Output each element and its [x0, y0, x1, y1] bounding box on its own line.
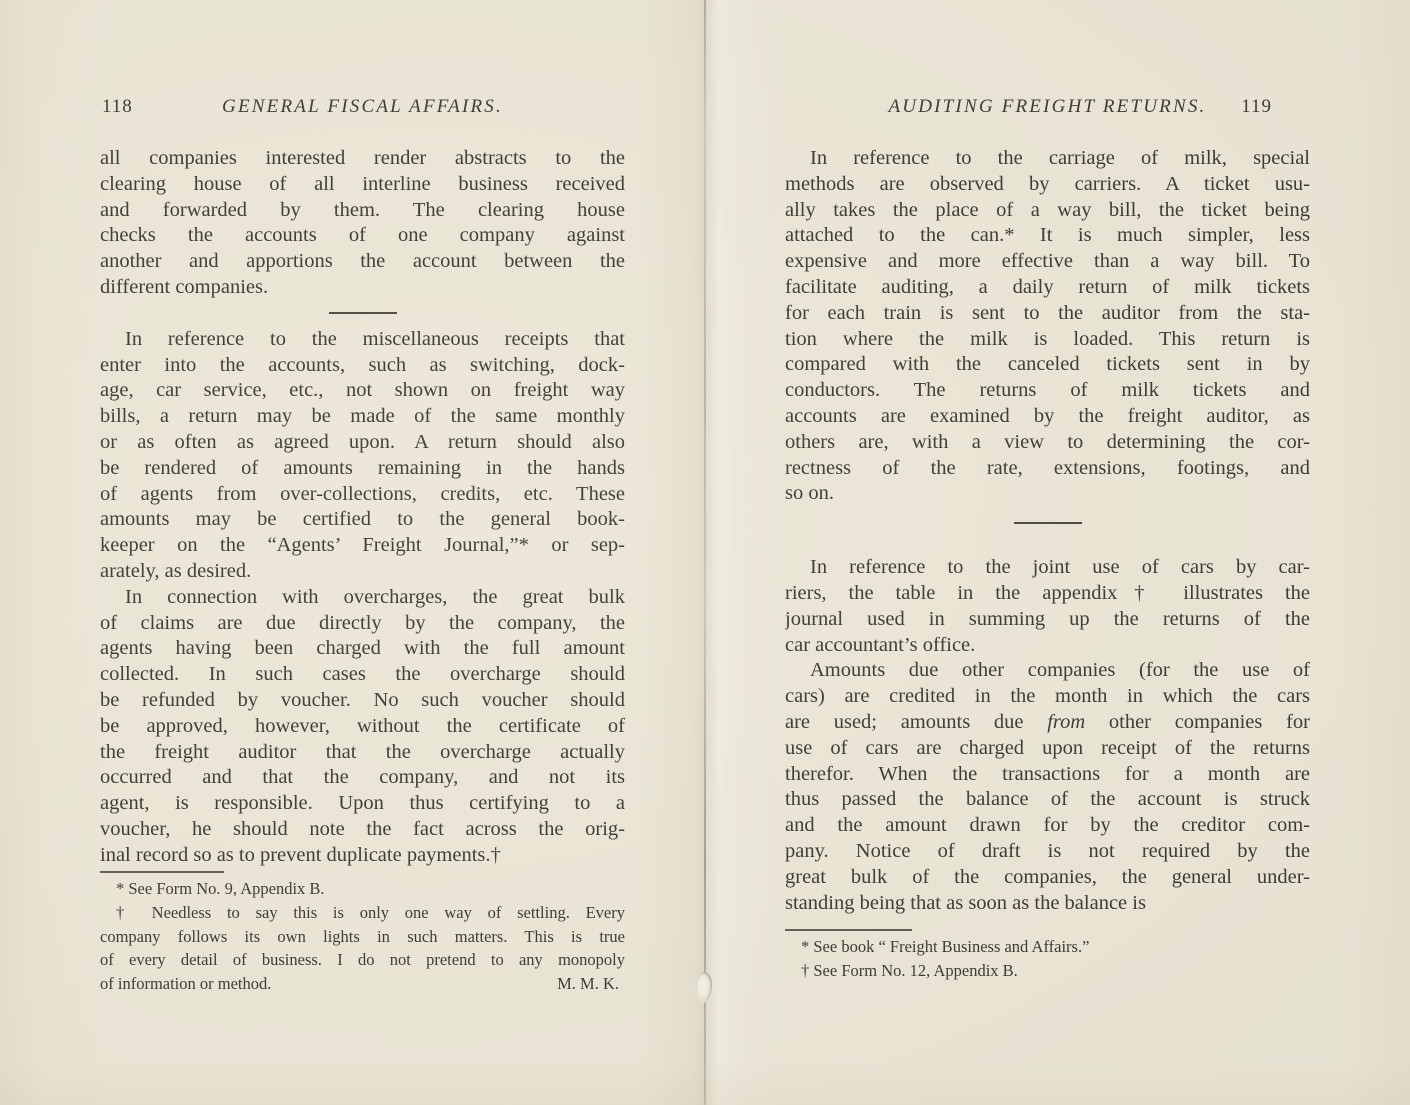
text-line: of every detail of business. I do not pr…	[100, 948, 625, 972]
text-line: checks the accounts of one company again…	[100, 223, 625, 249]
text-line: for each train is sent to the auditor fr…	[785, 301, 1310, 327]
text-line: ally takes the place of a way bill, the …	[785, 198, 1310, 224]
text-line: amounts may be certified to the general …	[100, 507, 625, 533]
footnote-rule-right	[785, 929, 912, 931]
text-line: arately, as desired.	[100, 559, 625, 585]
text-line: riers, the table in the appendix† illust…	[785, 581, 1310, 607]
text-line: cars) are credited in the month in which…	[785, 684, 1310, 710]
section-divider-rule	[329, 312, 397, 314]
text-line: agents having been charged with the full…	[100, 636, 625, 662]
running-header-left: 118 GENERAL FISCAL AFFAIRS.	[100, 94, 625, 120]
paragraph: In reference to the joint use of cars by…	[785, 555, 1310, 658]
text-line: * See Form No. 9, Appendix B.	[100, 877, 625, 901]
text-line: clearing house of all interline business…	[100, 172, 625, 198]
footnote: * See book “ Freight Business and Affair…	[785, 935, 1310, 959]
text-line: are used; amounts due from other compani…	[785, 710, 1310, 736]
footnote-rule-left	[100, 871, 224, 873]
gutter-shadow	[640, 0, 780, 1105]
text-line: facilitate auditing, a daily return of m…	[785, 275, 1310, 301]
text-line: rectness of the rate, extensions, footin…	[785, 456, 1310, 482]
text-line: be rendered of amounts remaining in the …	[100, 456, 625, 482]
text-line: the freight auditor that the overcharge …	[100, 740, 625, 766]
text-line: † See Form No. 12, Appendix B.	[785, 959, 1310, 983]
footnotes-right: * See book “ Freight Business and Affair…	[785, 935, 1310, 983]
text-line: inal record so as to prevent duplicate p…	[100, 843, 625, 869]
text-line: occurred and that the company, and not i…	[100, 765, 625, 791]
text-line: In reference to the carriage of milk, sp…	[785, 146, 1310, 172]
author-initials: M. M. K.	[557, 972, 619, 996]
running-title-left: GENERAL FISCAL AFFAIRS.	[100, 94, 625, 120]
text-line: thus passed the balance of the account i…	[785, 787, 1310, 813]
footnote: † Needless to say this is only one way o…	[100, 901, 625, 972]
text-line: and forwarded by them. The clearing hous…	[100, 198, 625, 224]
text-column-left: all companies interested render abstract…	[100, 146, 625, 869]
text-line: different companies.	[100, 275, 625, 301]
text-line: Amounts due other companies (for the use…	[785, 658, 1310, 684]
text-line: compared with the canceled tickets sent …	[785, 352, 1310, 378]
text-line: agent, is responsible. Upon thus certify…	[100, 791, 625, 817]
footnote: * See Form No. 9, Appendix B.	[100, 877, 625, 901]
footnote-last-line: of information or method. M. M. K.	[100, 972, 625, 996]
paragraph: In reference to the miscellaneous receip…	[100, 327, 625, 585]
text-line: † Needless to say this is only one way o…	[100, 901, 625, 925]
text-line: attached to the can.* It is much simpler…	[785, 223, 1310, 249]
text-line: collected. In such cases the overcharge …	[100, 662, 625, 688]
text-line: In reference to the miscellaneous receip…	[100, 327, 625, 353]
text-line: tion where the milk is loaded. This retu…	[785, 327, 1310, 353]
gutter-crease-line	[704, 0, 706, 1105]
text-line: age, car service, etc., not shown on fre…	[100, 378, 625, 404]
text-line: another and apportions the account betwe…	[100, 249, 625, 275]
text-line: others are, with a view to determining t…	[785, 430, 1310, 456]
paragraph: Amounts due other companies (for the use…	[785, 658, 1310, 916]
footnotes-left: * See Form No. 9, Appendix B. † Needless…	[100, 877, 625, 996]
paragraph: In connection with overcharges, the grea…	[100, 585, 625, 869]
text-line: In reference to the joint use of cars by…	[785, 555, 1310, 581]
text-line: expensive and more effective than a way …	[785, 249, 1310, 275]
running-header-right: AUDITING FREIGHT RETURNS. 119	[785, 94, 1310, 120]
text-line: company follows its own lights in such m…	[100, 925, 625, 949]
section-divider-rule	[1014, 522, 1082, 524]
text-line: and the amount drawn for by the creditor…	[785, 813, 1310, 839]
text-line: conductors. The returns of milk tickets …	[785, 378, 1310, 404]
text-line: In connection with overcharges, the grea…	[100, 585, 625, 611]
text-line: be refunded by voucher. No such voucher …	[100, 688, 625, 714]
text-line: car accountant’s office.	[785, 633, 1310, 659]
page-number-118: 118	[102, 94, 133, 120]
book-spread: 118 GENERAL FISCAL AFFAIRS. all companie…	[0, 0, 1410, 1105]
text-line: or as often as agreed upon. A return sho…	[100, 430, 625, 456]
text-line: methods are observed by carriers. A tick…	[785, 172, 1310, 198]
page-left: 118 GENERAL FISCAL AFFAIRS. all companie…	[100, 0, 625, 1105]
running-title-right: AUDITING FREIGHT RETURNS.	[785, 94, 1310, 120]
section-separator-slot	[100, 301, 625, 327]
text-column-right: In reference to the carriage of milk, sp…	[785, 146, 1310, 916]
paragraph: all companies interested render abstract…	[100, 146, 625, 301]
text-line: of claims are due directly by the compan…	[100, 611, 625, 637]
text-line: journal used in summing up the returns o…	[785, 607, 1310, 633]
text-line: use of cars are charged upon receipt of …	[785, 736, 1310, 762]
text-line: standing being that as soon as the balan…	[785, 891, 1310, 917]
page-number-119: 119	[1241, 94, 1272, 120]
paragraph: In reference to the carriage of milk, sp…	[785, 146, 1310, 507]
text-line: keeper on the “Agents’ Freight Journal,”…	[100, 533, 625, 559]
footnote-text: of information or method.	[100, 972, 271, 996]
text-line: * See book “ Freight Business and Affair…	[785, 935, 1310, 959]
page-right: AUDITING FREIGHT RETURNS. 119 In referen…	[785, 0, 1310, 1105]
section-separator-slot	[785, 507, 1310, 555]
text-line: all companies interested render abstract…	[100, 146, 625, 172]
text-line: so on.	[785, 481, 1310, 507]
text-line: great bulk of the companies, the general…	[785, 865, 1310, 891]
footnote: † See Form No. 12, Appendix B.	[785, 959, 1310, 983]
text-line: pany. Notice of draft is not required by…	[785, 839, 1310, 865]
text-line: therefor. When the transactions for a mo…	[785, 762, 1310, 788]
text-line: of agents from over-collections, credits…	[100, 482, 625, 508]
text-line: be approved, however, without the certif…	[100, 714, 625, 740]
text-line: accounts are examined by the freight aud…	[785, 404, 1310, 430]
text-line: voucher, he should note the fact across …	[100, 817, 625, 843]
text-line: bills, a return may be made of the same …	[100, 404, 625, 430]
text-line: enter into the accounts, such as switchi…	[100, 353, 625, 379]
